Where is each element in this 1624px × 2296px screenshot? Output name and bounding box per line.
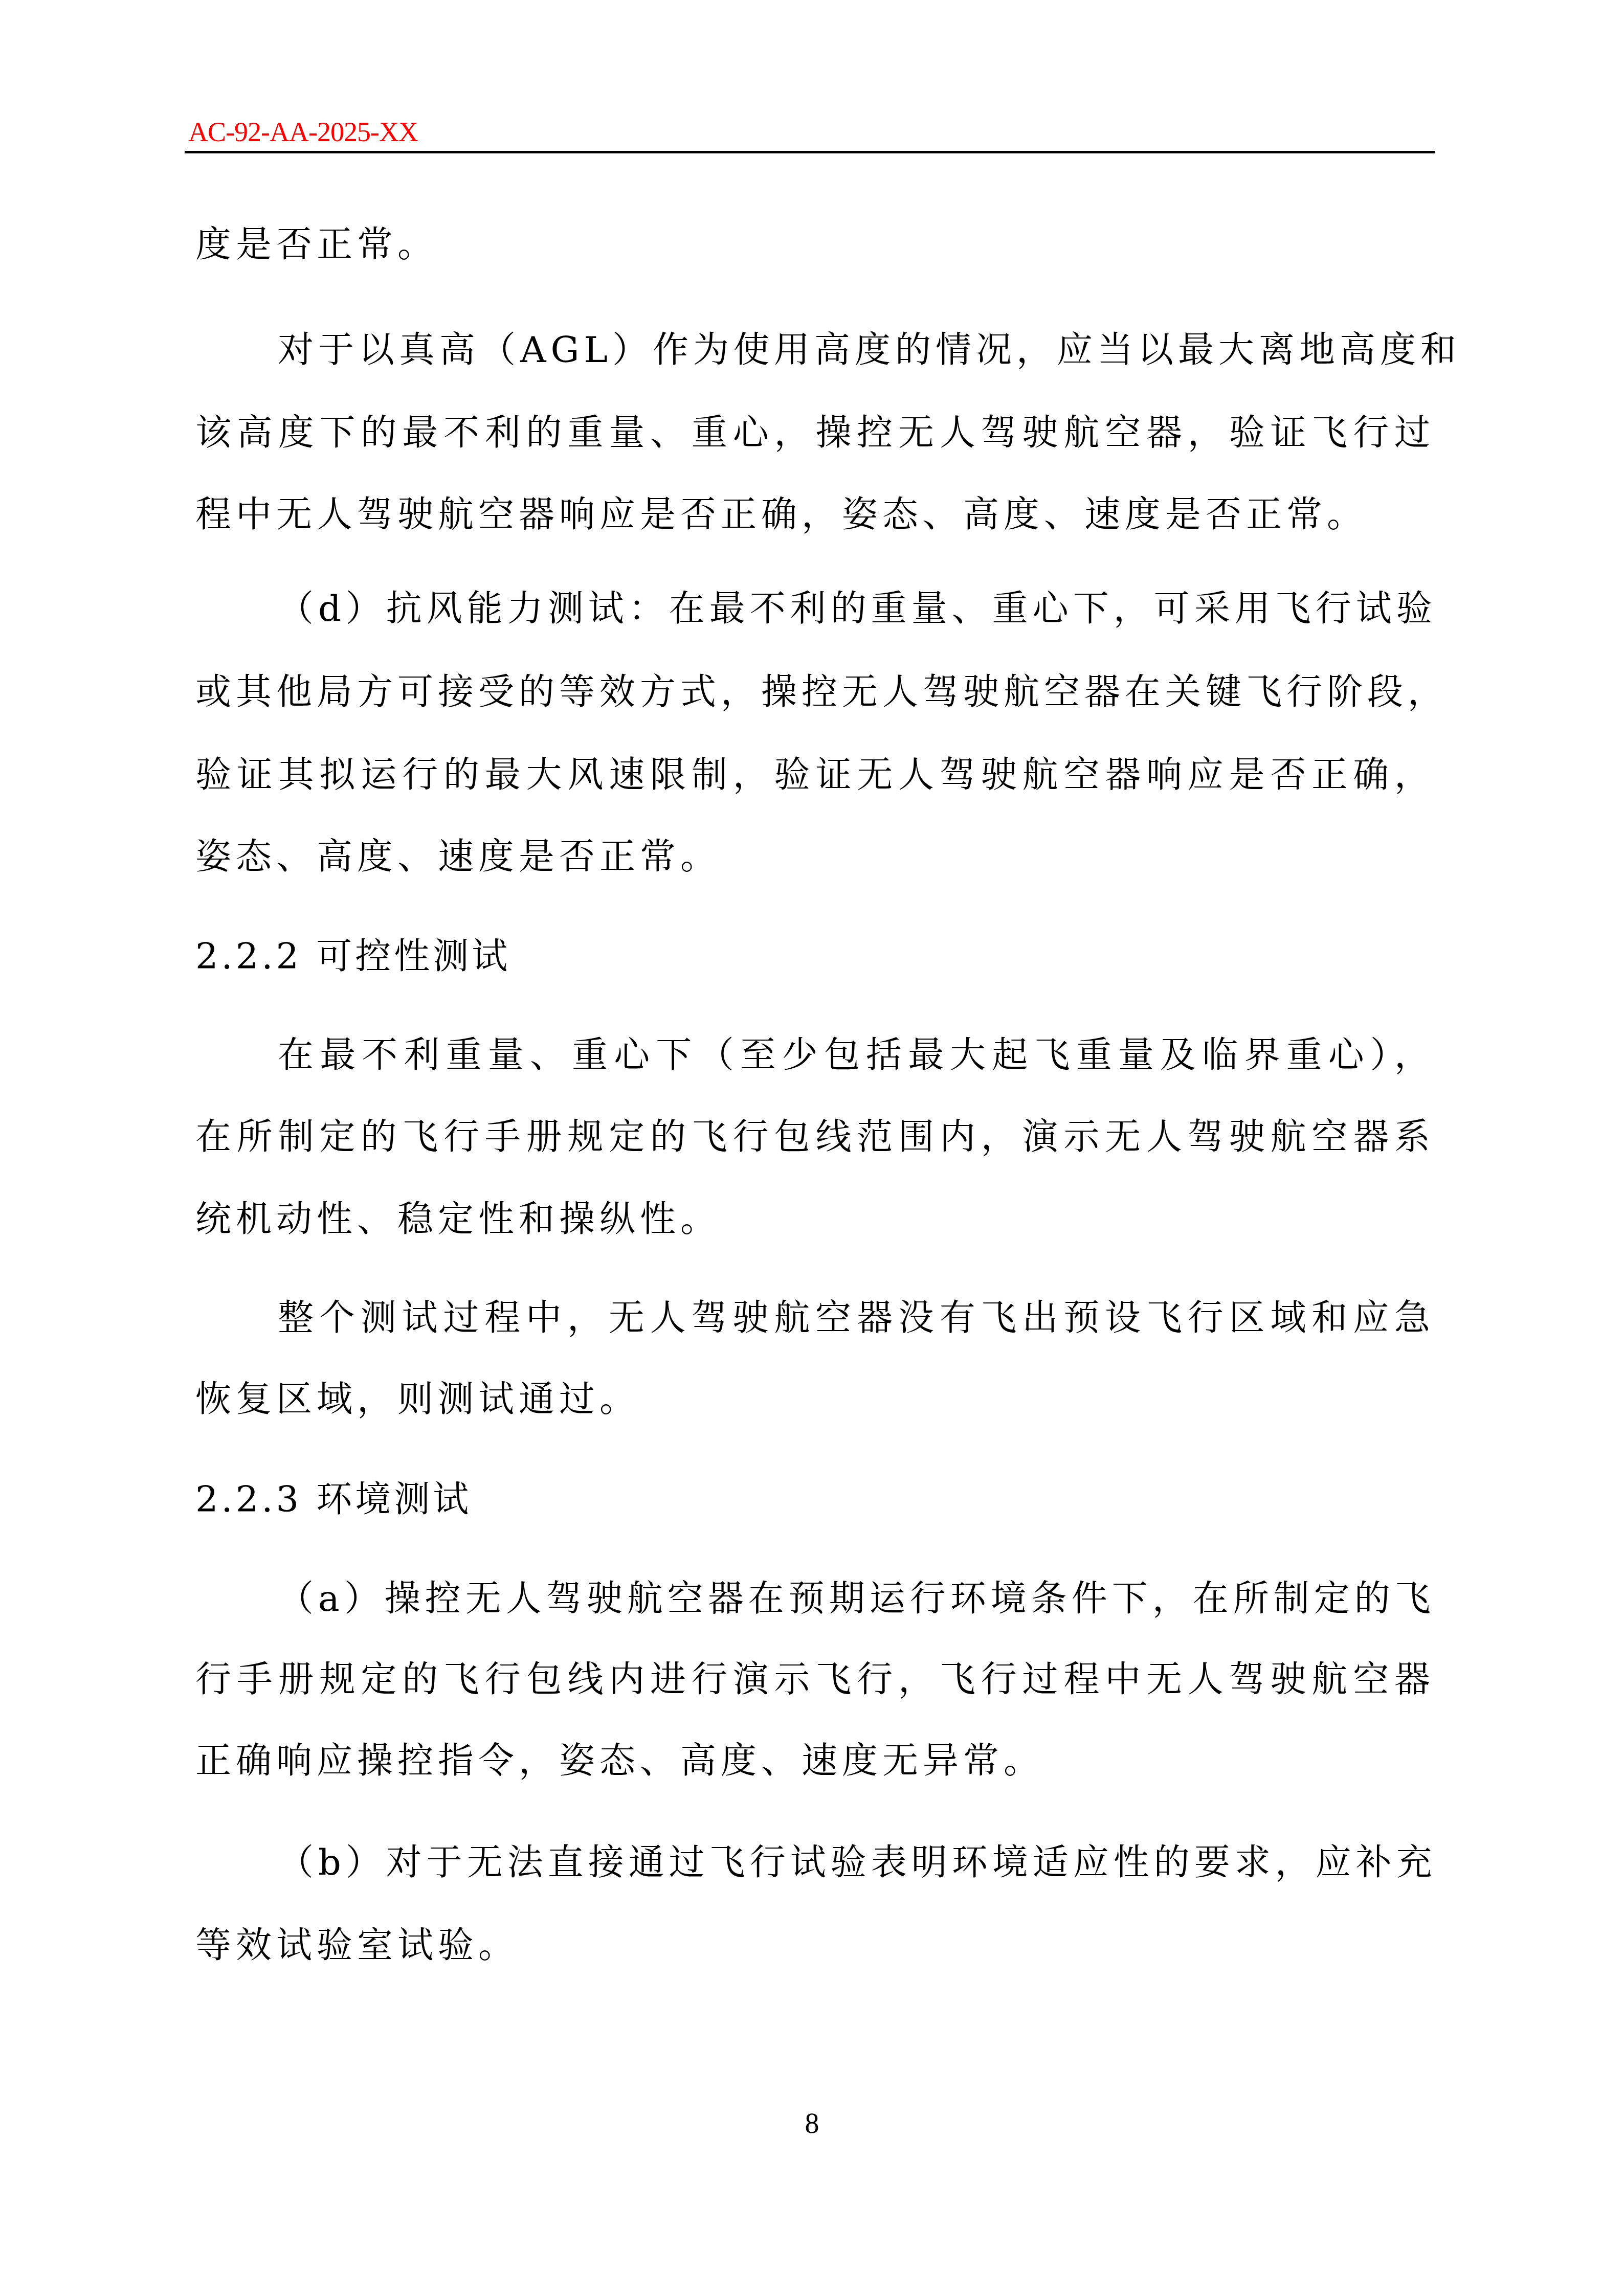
- page-number: 8: [0, 2106, 1624, 2142]
- paragraph-environment-a-line-3: 正确响应操控指令，姿态、高度、速度无异常。: [195, 1735, 1435, 1786]
- paragraph-agl-line-2: 该高度下的最不利的重量、重心，操控无人驾驶航空器，验证飞行过: [195, 407, 1435, 458]
- paragraph-controllability-line-3: 统机动性、稳定性和操纵性。: [195, 1194, 1435, 1245]
- header-divider: [185, 151, 1435, 153]
- paragraph-wind-test-line-1: （d）抗风能力测试：在最不利的重量、重心下，可采用飞行试验: [278, 583, 1435, 634]
- paragraph-agl-line-1: 对于以真高（AGL）作为使用高度的情况，应当以最大离地高度和: [278, 324, 1435, 375]
- paragraph-controllability-line-1: 在最不利重量、重心下（至少包括最大起飞重量及临界重心），: [278, 1029, 1435, 1081]
- paragraph-wind-test-line-3: 验证其拟运行的最大风速限制，验证无人驾驶航空器响应是否正确，: [195, 749, 1435, 800]
- paragraph-test-pass-line-2: 恢复区域，则测试通过。: [195, 1374, 1435, 1425]
- document-page: AC-92-AA-2025-XX 度是否正常。 对于以真高（AGL）作为使用高度…: [0, 0, 1624, 2296]
- paragraph-environment-b-line-1: （b）对于无法直接通过飞行试验表明环境适应性的要求，应补充: [278, 1837, 1435, 1888]
- paragraph-environment-b-line-2: 等效试验室试验。: [195, 1920, 1435, 1971]
- paragraph-controllability-line-2: 在所制定的飞行手册规定的飞行包线范围内，演示无人驾驶航空器系: [195, 1111, 1435, 1162]
- section-heading-2-2-3: 2.2.3 环境测试: [195, 1474, 1435, 1525]
- section-heading-2-2-2: 2.2.2 可控性测试: [195, 931, 1435, 982]
- paragraph-environment-a-line-1: （a）操控无人驾驶航空器在预期运行环境条件下，在所制定的飞: [278, 1573, 1435, 1624]
- paragraph-test-pass-line-1: 整个测试过程中，无人驾驶航空器没有飞出预设飞行区域和应急: [278, 1292, 1435, 1343]
- document-code-header: AC-92-AA-2025-XX: [188, 117, 418, 147]
- paragraph-agl-line-3: 程中无人驾驶航空器响应是否正确，姿态、高度、速度是否正常。: [195, 489, 1435, 540]
- paragraph-wind-test-line-2: 或其他局方可接受的等效方式，操控无人驾驶航空器在关键飞行阶段，: [195, 666, 1435, 717]
- paragraph-wind-test-line-4: 姿态、高度、速度是否正常。: [195, 831, 1435, 882]
- paragraph-continuation-line: 度是否正常。: [195, 219, 1435, 270]
- paragraph-environment-a-line-2: 行手册规定的飞行包线内进行演示飞行，飞行过程中无人驾驶航空器: [195, 1654, 1435, 1705]
